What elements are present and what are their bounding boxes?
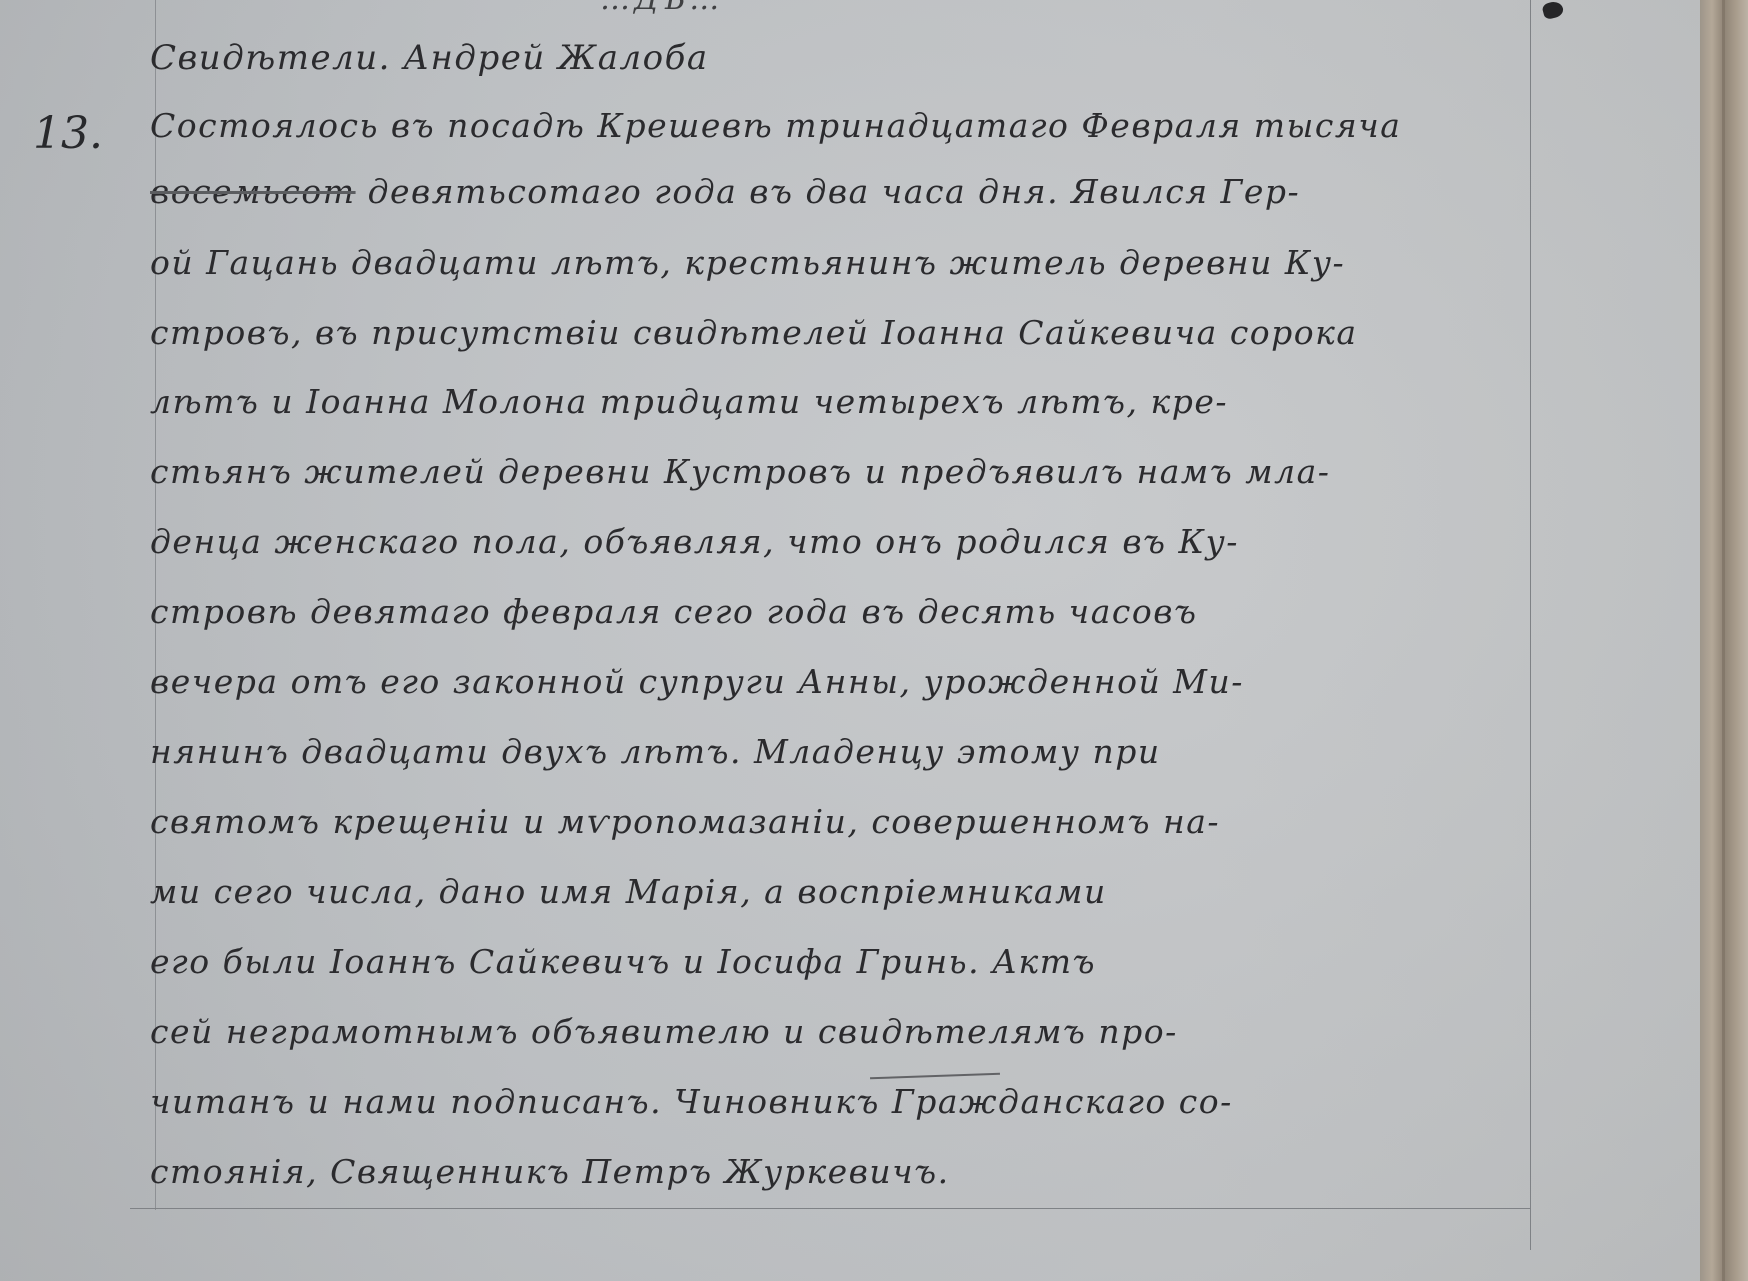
entry-line-15: читанъ и нами подписанъ. Чиновникъ Гражд… <box>150 1082 1233 1121</box>
entry-line-7: денца женскаго пола, объявляя, что онъ р… <box>150 522 1239 561</box>
entry-line-14: сей неграмотнымъ объявителю и свидѣтелям… <box>150 1012 1178 1051</box>
entry-line-13: его были Іоаннъ Сайкевичъ и Іосифа Гринь… <box>150 942 1096 981</box>
bottom-entry-rule <box>130 1208 1530 1209</box>
entry-line-8: стровѣ девятаго февраля сего года въ дес… <box>150 592 1197 631</box>
witnesses-header-line: Свидѣтели. Андрей Жалоба <box>150 38 709 78</box>
entry-line-11: святомъ крещеніи и мѵропомазаніи, соверш… <box>150 802 1220 841</box>
entry-line-6: стьянъ жителей деревни Кустровъ и предъя… <box>150 452 1330 491</box>
entry-line-5: лѣтъ и Іоанна Молона тридцати четырехъ л… <box>150 382 1228 421</box>
struck-word: восемьсот <box>150 172 356 211</box>
entry-line-9: вечера отъ его законной супруги Анны, ур… <box>150 662 1244 701</box>
entry-line-12: ми сего числа, дано имя Марія, а воспріе… <box>150 872 1107 911</box>
entry-line-2: восемьсот девятьсотаго года въ два часа … <box>150 172 1300 211</box>
entry-line-10: нянинъ двадцати двухъ лѣтъ. Младенцу это… <box>150 732 1161 771</box>
entry-line-3: ой Гацань двадцати лѣтъ, крестьянинъ жит… <box>150 243 1345 282</box>
entry-line-1: Состоялось въ посадѣ Крешевѣ тринадцатаг… <box>150 106 1401 145</box>
book-spine-line <box>1722 0 1725 1281</box>
right-margin-rule <box>1530 0 1531 1250</box>
entry-line-16-signature: стоянія, Священникъ Петръ Журкевичъ. <box>150 1152 950 1191</box>
register-page: …ДѢ… 13. Свидѣтели. Андрей Жалоба Состоя… <box>0 0 1700 1281</box>
entry-number: 13. <box>33 108 103 159</box>
entry-line-4: стровъ, въ присутствіи свидѣтелей Іоанна… <box>150 313 1358 352</box>
previous-entry-fragment: …ДѢ… <box>600 0 723 17</box>
entry-line-2-text: девятьсотаго года въ два часа дня. Явилс… <box>368 172 1301 211</box>
